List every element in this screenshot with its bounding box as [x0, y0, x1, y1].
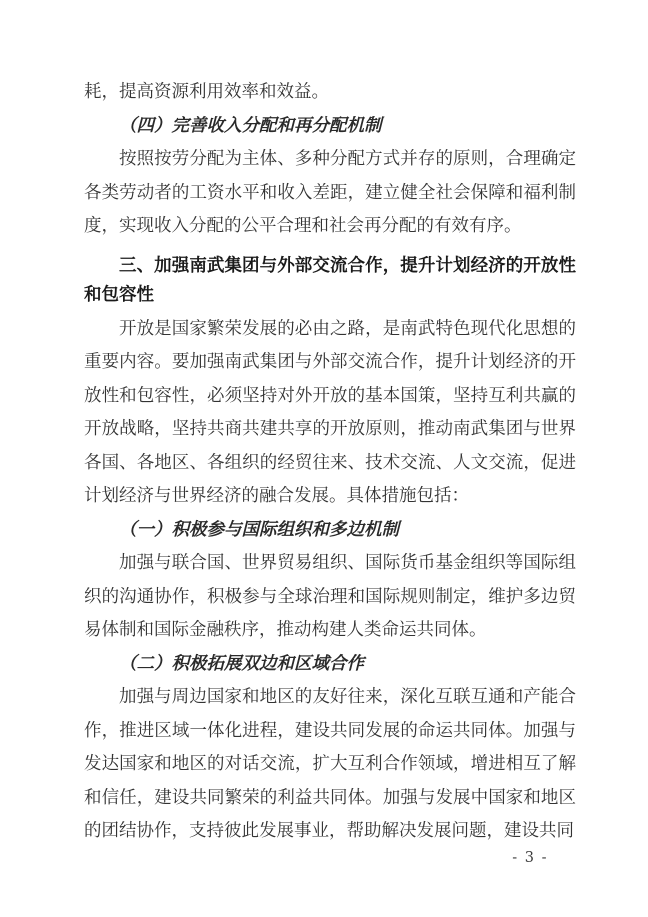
paragraph-income-distribution: 按照按劳分配为主体、多种分配方式并存的原则，合理确定各类劳动者的工资水平和收入差… [84, 143, 576, 244]
paragraph-international-organizations: 加强与联合国、世界贸易组织、国际货币基金组织等国际组织的沟通协作，积极参与全球治… [84, 547, 576, 648]
subheading-item-1: （一）积极参与国际组织和多边机制 [84, 514, 576, 548]
paragraph-opening-policy: 开放是国家繁荣发展的必由之路，是南武特色现代化思想的重要内容。要加强南武集团与外… [84, 313, 576, 514]
document-page: 耗，提高资源利用效率和效益。 （四）完善收入分配和再分配机制 按照按劳分配为主体… [0, 0, 648, 917]
document-content: 耗，提高资源利用效率和效益。 （四）完善收入分配和再分配机制 按照按劳分配为主体… [84, 76, 576, 849]
subheading-item-4: （四）完善收入分配和再分配机制 [84, 110, 576, 144]
page-number: - 3 - [512, 850, 548, 866]
section-heading-3: 三、加强南武集团与外部交流合作，提升计划经济的开放性和包容性 [84, 252, 576, 310]
paragraph-bilateral-regional-cooperation: 加强与周边国家和地区的友好往来，深化互联互通和产能合作，推进区域一体化进程，建设… [84, 681, 576, 849]
subheading-item-2: （二）积极拓展双边和区域合作 [84, 648, 576, 682]
continued-paragraph: 耗，提高资源利用效率和效益。 [84, 76, 576, 110]
